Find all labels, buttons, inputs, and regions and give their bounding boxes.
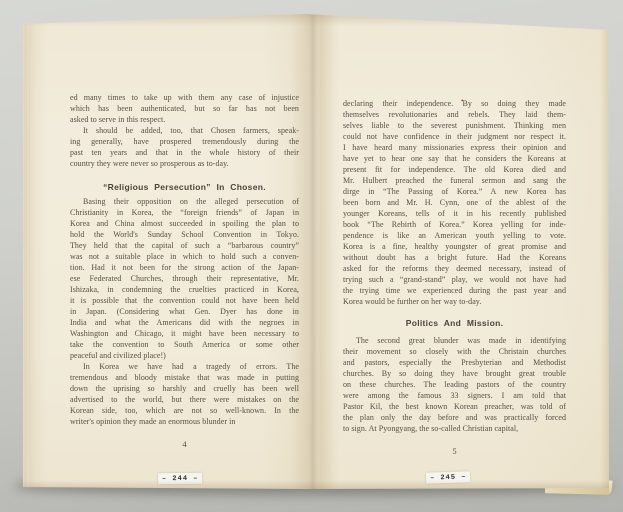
text-line: peaceful and civilized place!) <box>70 350 299 361</box>
right-page-text: declaring their independence. By so doin… <box>343 98 566 456</box>
text-line: trying such a “grand-stand” play, we wou… <box>343 274 566 285</box>
text-line: churches. By so doing they have brought … <box>343 368 566 379</box>
text-line: India and what the Americans did with th… <box>70 317 299 328</box>
text-line: declaring their independence. By so doin… <box>343 98 566 109</box>
text-line: which has been authenticated, but so far… <box>70 103 299 114</box>
text-line: were among the famous 33 signers. I am t… <box>343 390 566 401</box>
text-line: Mr. Hulbert preached the funeral sermon … <box>343 175 566 186</box>
text-line: dirge in “The Passing of Korea.” A new K… <box>343 186 566 197</box>
text-line: In Korea we have had a tragedy of errors… <box>70 361 299 372</box>
text-line: without doubt has a bright future. Had t… <box>343 252 566 263</box>
text-line: take the convention to South America or … <box>70 339 299 350</box>
text-line: ese Federated Churches, through their re… <box>70 273 299 284</box>
text-line: on these churches. The leading pastors o… <box>343 379 566 390</box>
text-line: Basing their opposition on the alleged p… <box>70 196 299 207</box>
text-line: They held that the capital of such a “ba… <box>70 240 299 251</box>
section-heading: “Religious Persecution” In Chosen. <box>70 182 299 193</box>
page-stamp: – 245 – <box>426 471 471 483</box>
text-line: in Japan. (Considering what Gen. Dyer ha… <box>70 306 299 317</box>
text-line: and pastors, especially the Presbyterian… <box>343 357 566 368</box>
text-line: was not a suitable place in which to hol… <box>70 251 299 262</box>
text-line: Ishizaka, in condemning the cruelties pr… <box>70 284 299 295</box>
text-line: down the uprising so harshly and cruelly… <box>70 383 299 394</box>
paragraph-continued: declaring their independence. By so doin… <box>343 98 566 307</box>
text-line: Korea and China almost succeeded in spoi… <box>70 218 299 229</box>
text-line: younger Koreans, tells of it in his rece… <box>343 208 566 219</box>
text-line: Korea is a fine, healthy youngster of gr… <box>343 241 566 252</box>
text-line: writer's opinion they made an enormous b… <box>70 416 299 427</box>
page-number: 4 <box>70 439 299 449</box>
text-line: tion. Had it not been for the strong act… <box>70 262 299 273</box>
text-line: Korea would be further on her way to-day… <box>343 296 566 307</box>
text-line: advertised to the world, but there were … <box>70 394 299 405</box>
text-line: Washington and Chicago, it might have be… <box>70 328 299 339</box>
text-line: Christianity in Korea, the “foreign frie… <box>70 207 299 218</box>
paragraph-continued: ed many times to take up with them any c… <box>70 92 299 125</box>
photo-background: ed many times to take up with them any c… <box>0 0 623 512</box>
paragraph: The second great blunder was made in ide… <box>343 335 566 434</box>
left-page-text: ed many times to take up with them any c… <box>70 92 299 449</box>
text-line: ing generally, have prospered tremendous… <box>70 136 299 147</box>
text-line: The second great blunder was made in ide… <box>343 335 566 346</box>
page-number: 5 <box>343 446 566 456</box>
text-line: It should be added, too, that Chosen far… <box>70 125 299 136</box>
text-line: book “The Rebirth of Korea.” Korea yelli… <box>343 219 566 230</box>
section-heading: Politics And Mission. <box>343 318 566 329</box>
text-line: selves liable to the severest punishment… <box>343 120 566 131</box>
text-line: could not have confidence in their judgm… <box>343 131 566 142</box>
text-line: country they were never so prosperous as… <box>70 158 299 169</box>
text-line: tremendous and bloody mistake that was m… <box>70 372 299 383</box>
page-stamp: – 244 – <box>158 473 202 484</box>
text-line: themselves revolutionaries and rebels. T… <box>343 109 566 120</box>
page-stack-edge-left <box>22 12 30 490</box>
paragraph: It should be added, too, that Chosen far… <box>70 125 299 169</box>
paragraph: Basing their opposition on the alleged p… <box>70 196 299 361</box>
text-line: it is possible that the convention could… <box>70 295 299 306</box>
text-line: been born and Mr. H. Cynn, one of the ab… <box>343 197 566 208</box>
text-line: Korean side, too, which are not so well-… <box>70 405 299 416</box>
text-line: hold the World's Sunday School Conventio… <box>70 229 299 240</box>
text-line: pendence is like an American youth yelli… <box>343 230 566 241</box>
text-line: past ten years and that in the whole his… <box>70 147 299 158</box>
text-line: the trying time we experienced during th… <box>343 285 566 296</box>
text-line: have yet to hear one say that he conside… <box>343 153 566 164</box>
text-line: Pastor Kil, the best known Korean preach… <box>343 401 566 412</box>
text-line: their movement so closely with the Chris… <box>343 346 566 357</box>
red-ink-mark: • <box>461 98 467 104</box>
open-book: ed many times to take up with them any c… <box>22 12 610 490</box>
text-line: present fit for independence. The old Ko… <box>343 164 566 175</box>
text-line: asked for the reforms they deemed necess… <box>343 263 566 274</box>
paragraph: In Korea we have had a tragedy of errors… <box>70 361 299 427</box>
text-line: to sign. At Pyongyang, the so-called Chr… <box>343 423 566 434</box>
text-line: I have heard many missionaries express t… <box>343 142 566 153</box>
text-line: the plan only the day before and was pra… <box>343 412 566 423</box>
text-line: ed many times to take up with them any c… <box>70 92 299 103</box>
text-line: asked to serve in this respect. <box>70 114 299 125</box>
